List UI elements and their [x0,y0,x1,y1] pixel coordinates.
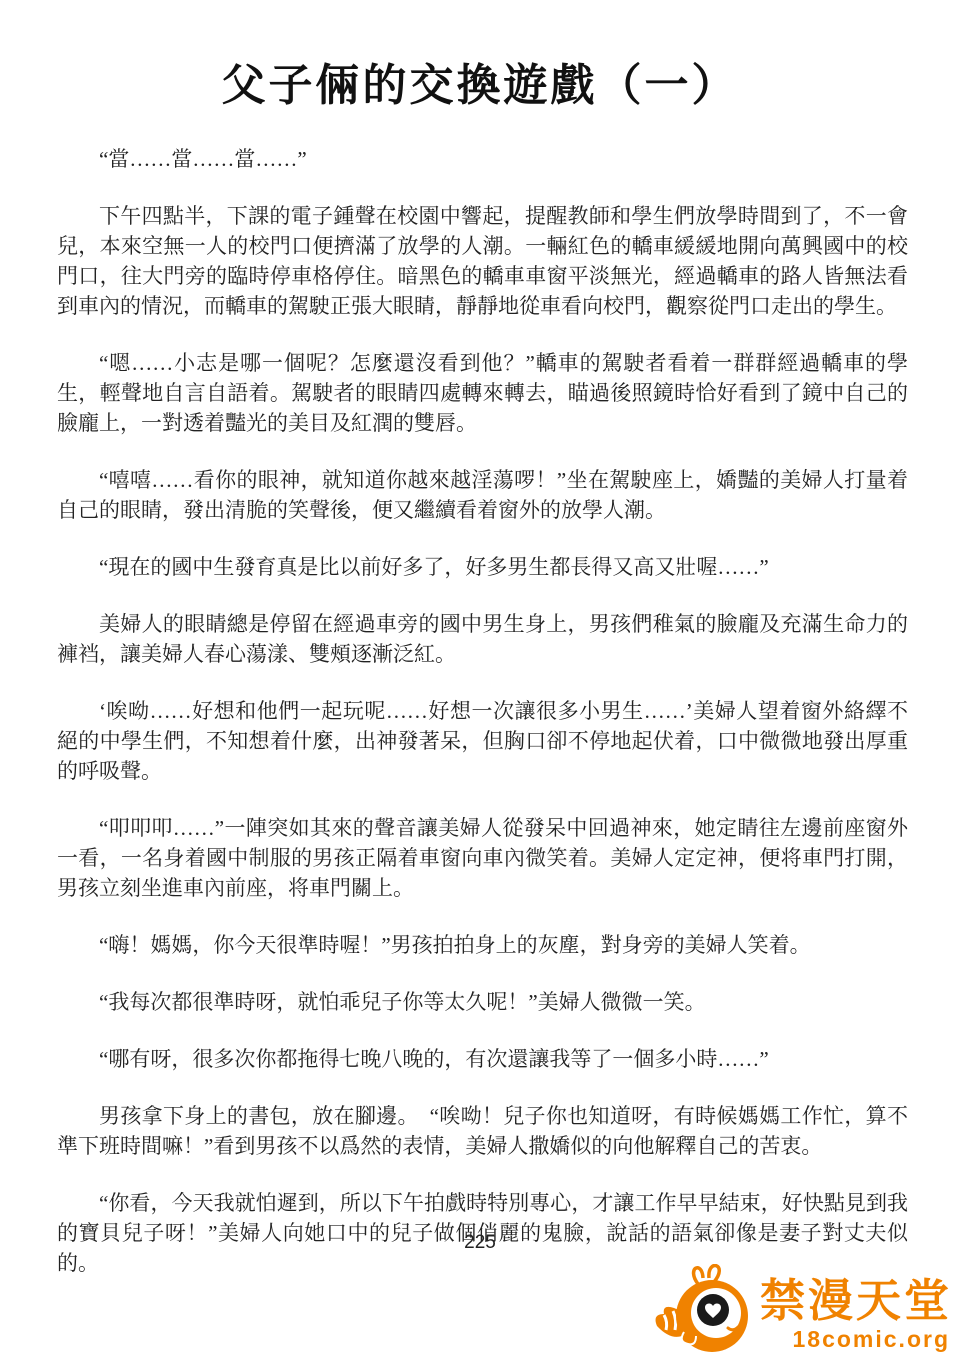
site-url: 18comic.org [793,1326,951,1353]
fish-mascot-icon [654,1264,758,1354]
paragraph: 美婦人的眼睛總是停留在經過車旁的國中男生身上，男孩們稚氣的臉龐及充滿生命力的褲裆… [57,609,908,669]
paragraph: “叩叩叩……”一陣突如其來的聲音讓美婦人從發呆中回過神來，她定睛往左邊前座窗外一… [57,813,908,903]
site-watermark: 禁漫天堂 18comic.org [654,1264,952,1354]
watermark-text: 禁漫天堂 18comic.org [760,1278,952,1353]
site-name: 禁漫天堂 [760,1278,952,1323]
page-number: 225 [0,1232,960,1254]
paragraph: “我每次都很準時呀，就怕乖兒子你等太久呢！”美婦人微微一笑。 [57,987,908,1017]
paragraph: “嘻嘻……看你的眼神，就知道你越來越淫蕩啰！”坐在駕駛座上，嬌豔的美婦人打量着自… [57,465,908,525]
paragraph: 下午四點半，下課的電子鍾聲在校園中響起，提醒教師和學生們放學時間到了，不一會兒，… [57,201,908,321]
document-page: 父子倆的交換遊戲（一） “當……當……當……” 下午四點半，下課的電子鍾聲在校園… [0,0,960,1357]
paragraph: “當……當……當……” [57,144,908,174]
paragraph: ‘唉呦……好想和他們一起玩呢……好想一次讓很多小男生……’美婦人望着窗外絡繹不絕… [57,696,908,786]
page-title: 父子倆的交換遊戲（一） [0,62,960,110]
paragraph: “嗯……小志是哪一個呢？怎麼還沒看到他？”轎車的駕駛者看着一群群經過轎車的學生，… [57,348,908,438]
paragraph: “現在的國中生發育真是比以前好多了，好多男生都長得又高又壯喔……” [57,552,908,582]
paragraph: “哪有呀，很多次你都拖得七晚八晚的，有次還讓我等了一個多小時……” [57,1044,908,1074]
paragraph: “嗨！媽媽，你今天很準時喔！”男孩拍拍身上的灰塵，對身旁的美婦人笑着。 [57,930,908,960]
story-text: “當……當……當……” 下午四點半，下課的電子鍾聲在校園中響起，提醒教師和學生們… [57,144,908,1278]
paragraph: 男孩拿下身上的書包，放在腳邊。 “唉呦！兒子你也知道呀，有時候媽媽工作忙，算不準… [57,1101,908,1161]
